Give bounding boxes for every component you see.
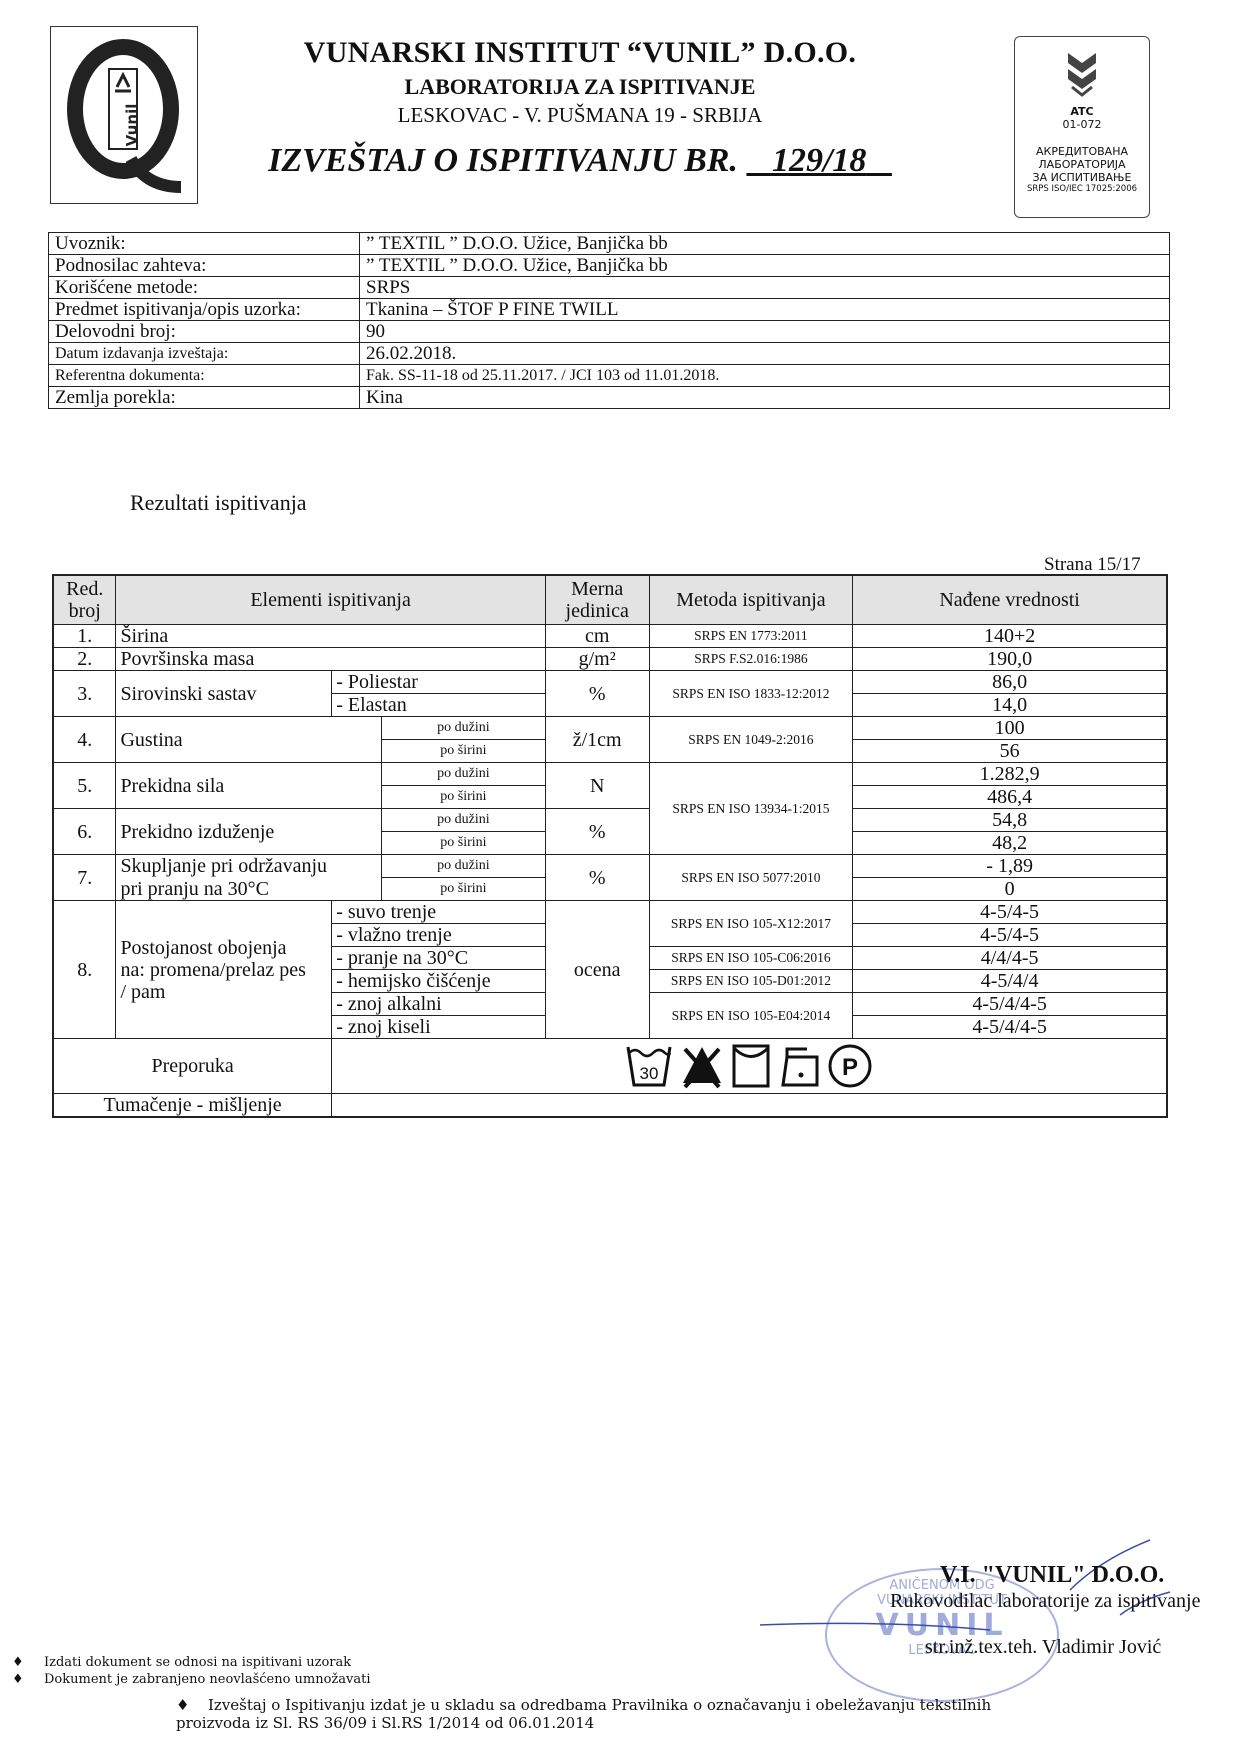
value: 14,0 xyxy=(853,694,1167,717)
dry-clean-p-icon: P xyxy=(827,1043,873,1089)
direction-label: po dužini xyxy=(382,763,546,786)
element-name-cont: pri pranju na 30°C xyxy=(116,878,382,901)
value: 4-5/4/4-5 xyxy=(853,1016,1167,1039)
institute-logo: Vunil xyxy=(50,26,198,204)
header-no: Red. broj xyxy=(53,575,116,625)
method: SRPS EN 1773:2011 xyxy=(649,625,853,648)
recommendation-row: Preporuka 30 xyxy=(53,1039,1167,1094)
element-name: Prekidna sila xyxy=(116,763,382,809)
info-value: ” TEXTIL ” D.O.O. Užice, Banjička bb xyxy=(360,255,1170,277)
svg-text:Vunil: Vunil xyxy=(123,104,141,147)
accreditation-code: 01-072 xyxy=(1015,118,1149,131)
info-row: Predmet ispitivanja/opis uzorka:Tkanina … xyxy=(49,299,1170,321)
wash-30-icon: 30 xyxy=(625,1043,673,1089)
header-element: Elementi ispitivanja xyxy=(116,575,545,625)
row-number: 2. xyxy=(53,648,116,671)
info-label: Predmet ispitivanja/opis uzorka: xyxy=(49,299,360,321)
table-row: 4. Gustina po dužini ž/1cm SRPS EN 1049-… xyxy=(53,717,1167,740)
row-number: 7. xyxy=(53,855,116,901)
value: 0 xyxy=(853,878,1167,901)
iron-low-icon xyxy=(777,1043,821,1089)
info-value: Kina xyxy=(360,387,1170,409)
footer-note-2-text: Dokument je zabranjeno neovlašćeno umnož… xyxy=(44,1672,371,1687)
method: SRPS EN ISO 1833-12:2012 xyxy=(649,671,853,717)
value: 54,8 xyxy=(853,809,1167,832)
value: 48,2 xyxy=(853,832,1167,855)
info-value: Fak. SS-11-18 od 25.11.2017. / JCI 103 o… xyxy=(360,365,1170,387)
results-header-row: Red. broj Elementi ispitivanja Merna jed… xyxy=(53,575,1167,625)
footer-note-1-text: Izdati dokument se odnosi na ispitivani … xyxy=(44,1655,351,1670)
tumble-dry-icon xyxy=(731,1043,771,1089)
info-label: Podnosilac zahteva: xyxy=(49,255,360,277)
vunil-q-logo-icon: Vunil xyxy=(51,27,197,203)
table-row: 7. Skupljanje pri održavanju po dužini %… xyxy=(53,855,1167,878)
direction-label: po širini xyxy=(382,832,546,855)
sub-element: - vlažno trenje xyxy=(332,924,546,947)
value: 4/4/4-5 xyxy=(853,947,1167,970)
results-table: Red. broj Elementi ispitivanja Merna jed… xyxy=(52,574,1168,1118)
direction-label: po dužini xyxy=(382,809,546,832)
institute-name: VUNARSKI INSTITUT “VUNIL” D.O.O. xyxy=(230,36,930,70)
signature-company: V.I. "VUNIL" D.O.O. xyxy=(940,1562,1164,1589)
row-number: 8. xyxy=(53,901,116,1039)
interpretation-value xyxy=(332,1094,1167,1118)
footer-note-3: ♦Izveštaj o Ispitivanju izdat je u sklad… xyxy=(176,1696,1036,1732)
signature-name: str.inž.tex.teh. Vladimir Jović xyxy=(925,1636,1161,1659)
value: 4-5/4-5 xyxy=(853,924,1167,947)
method: SRPS EN ISO 13934-1:2015 xyxy=(649,763,853,855)
report-title: IZVEŠTAJ O ISPITIVANJU BR. 129/18 xyxy=(230,142,930,180)
table-row: 6. Prekidno izduženje po dužini % 54,8 xyxy=(53,809,1167,832)
row-number: 6. xyxy=(53,809,116,855)
value: 140+2 xyxy=(853,625,1167,648)
info-label: Uvoznik: xyxy=(49,233,360,255)
value: - 1,89 xyxy=(853,855,1167,878)
accreditation-line3: ЗА ИСПИТИВАЊЕ xyxy=(1015,171,1149,184)
info-value: 90 xyxy=(360,321,1170,343)
sub-element: - hemijsko čišćenje xyxy=(332,970,546,993)
page-number: Strana 15/17 xyxy=(1044,554,1141,576)
sub-element: - Poliestar xyxy=(332,671,546,694)
method: SRPS EN ISO 5077:2010 xyxy=(649,855,853,901)
header-value: Nađene vrednosti xyxy=(853,575,1167,625)
element-name: Prekidno izduženje xyxy=(116,809,382,855)
table-row: 3. Sirovinski sastav - Poliestar % SRPS … xyxy=(53,671,1167,694)
row-number: 4. xyxy=(53,717,116,763)
unit: cm xyxy=(545,625,649,648)
element-name: Gustina xyxy=(116,717,382,763)
signature-role: Rukovodilac laboratorije za ispitivanje xyxy=(890,1590,1200,1613)
info-row: Zemlja porekla:Kina xyxy=(49,387,1170,409)
method: SRPS EN 1049-2:2016 xyxy=(649,717,853,763)
report-title-prefix: IZVEŠTAJ O ISPITIVANJU BR. xyxy=(268,142,738,179)
sub-element: - Elastan xyxy=(332,694,546,717)
footer-note-2: ♦Dokument je zabranjeno neovlašćeno umno… xyxy=(12,1672,371,1687)
row-number: 1. xyxy=(53,625,116,648)
sub-element: - pranje na 30°C xyxy=(332,947,546,970)
info-row: Uvoznik:” TEXTIL ” D.O.O. Užice, Banjičk… xyxy=(49,233,1170,255)
value: 1.282,9 xyxy=(853,763,1167,786)
element-name: Površinska masa xyxy=(116,648,545,671)
care-symbols: 30 xyxy=(332,1039,1167,1094)
footer-note-1: ♦Izdati dokument se odnosi na ispitivani… xyxy=(12,1655,351,1670)
table-row: 2. Površinska masa g/m² SRPS F.S2.016:19… xyxy=(53,648,1167,671)
direction-label: po dužini xyxy=(382,855,546,878)
element-name: Širina xyxy=(116,625,545,648)
direction-label: po širini xyxy=(382,786,546,809)
lab-address: LESKOVAC - V. PUŠMANA 19 - SRBIJA xyxy=(230,103,930,128)
sub-element: - znoj alkalni xyxy=(332,993,546,1016)
method: SRPS EN ISO 105-C06:2016 xyxy=(649,947,853,970)
footer-note-3-text: Izveštaj o Ispitivanju izdat je u skladu… xyxy=(176,1696,991,1732)
info-row: Korišćene metode:SRPS xyxy=(49,277,1170,299)
method: SRPS EN ISO 105-X12:2017 xyxy=(649,901,853,947)
sample-info-table: Uvoznik:” TEXTIL ” D.O.O. Užice, Banjičk… xyxy=(48,232,1170,409)
method: SRPS F.S2.016:1986 xyxy=(649,648,853,671)
info-value: Tkanina – ŠTOF P FINE TWILL xyxy=(360,299,1170,321)
unit: % xyxy=(545,855,649,901)
accreditation-line2: ЛАБОРАТОРИЈА xyxy=(1015,158,1149,171)
sub-element: - znoj kiseli xyxy=(332,1016,546,1039)
svg-text:P: P xyxy=(842,1054,858,1081)
info-value: ” TEXTIL ” D.O.O. Užice, Banjička bb xyxy=(360,233,1170,255)
method: SRPS EN ISO 105-D01:2012 xyxy=(649,970,853,993)
element-name: Postojanost obojenja na: promena/prelaz … xyxy=(116,901,332,1039)
row-number: 3. xyxy=(53,671,116,717)
recommendation-label: Preporuka xyxy=(53,1039,332,1094)
info-label: Korišćene metode: xyxy=(49,277,360,299)
value: 4-5/4/4 xyxy=(853,970,1167,993)
atc-mark: ATC xyxy=(1015,105,1149,118)
unit: ž/1cm xyxy=(545,717,649,763)
value: 4-5/4/4-5 xyxy=(853,993,1167,1016)
lab-name: LABORATORIJA ZA ISPITIVANJE xyxy=(230,74,930,100)
unit: % xyxy=(545,809,649,855)
info-value: SRPS xyxy=(360,277,1170,299)
table-row: 8. Postojanost obojenja na: promena/prel… xyxy=(53,901,1167,924)
value: 190,0 xyxy=(853,648,1167,671)
value: 56 xyxy=(853,740,1167,763)
atc-chevron-icon xyxy=(1062,49,1102,99)
info-label: Zemlja porekla: xyxy=(49,387,360,409)
info-row: Datum izdavanja izveštaja:26.02.2018. xyxy=(49,343,1170,365)
info-label: Referentna dokumenta: xyxy=(49,365,360,387)
element-name: Sirovinski sastav xyxy=(116,671,332,717)
interpretation-label: Tumačenje - mišljenje xyxy=(53,1094,332,1118)
report-number: 129/18 xyxy=(772,142,866,179)
sub-element: - suvo trenje xyxy=(332,901,546,924)
header-unit: Merna jedinica xyxy=(545,575,649,625)
svg-text:30: 30 xyxy=(640,1064,659,1083)
row-number: 5. xyxy=(53,763,116,809)
unit: N xyxy=(545,763,649,809)
interpretation-row: Tumačenje - mišljenje xyxy=(53,1094,1167,1118)
info-row: Delovodni broj:90 xyxy=(49,321,1170,343)
info-label: Delovodni broj: xyxy=(49,321,360,343)
results-heading: Rezultati ispitivanja xyxy=(130,490,307,516)
method: SRPS EN ISO 105-E04:2014 xyxy=(649,993,853,1039)
element-name: Skupljanje pri održavanju xyxy=(116,855,382,878)
info-label: Datum izdavanja izveštaja: xyxy=(49,343,360,365)
value: 86,0 xyxy=(853,671,1167,694)
unit: g/m² xyxy=(545,648,649,671)
table-row: 5. Prekidna sila po dužini N SRPS EN ISO… xyxy=(53,763,1167,786)
value: 4-5/4-5 xyxy=(853,901,1167,924)
accreditation-badge: ATC 01-072 АКРЕДИТОВАНА ЛАБОРАТОРИЈА ЗА … xyxy=(1014,36,1150,218)
direction-label: po širini xyxy=(382,740,546,763)
value: 100 xyxy=(853,717,1167,740)
direction-label: po širini xyxy=(382,878,546,901)
info-row: Referentna dokumenta:Fak. SS-11-18 od 25… xyxy=(49,365,1170,387)
direction-label: po dužini xyxy=(382,717,546,740)
accreditation-line1: АКРЕДИТОВАНА xyxy=(1015,145,1149,158)
table-row: 1. Širina cm SRPS EN 1773:2011 140+2 xyxy=(53,625,1167,648)
unit: ocena xyxy=(545,901,649,1039)
do-not-bleach-icon xyxy=(679,1043,725,1089)
unit: % xyxy=(545,671,649,717)
header-method: Metoda ispitivanja xyxy=(649,575,853,625)
info-row: Podnosilac zahteva:” TEXTIL ” D.O.O. Uži… xyxy=(49,255,1170,277)
accreditation-standard: SRPS ISO/IEC 17025:2006 xyxy=(1015,184,1149,194)
value: 486,4 xyxy=(853,786,1167,809)
info-value: 26.02.2018. xyxy=(360,343,1170,365)
